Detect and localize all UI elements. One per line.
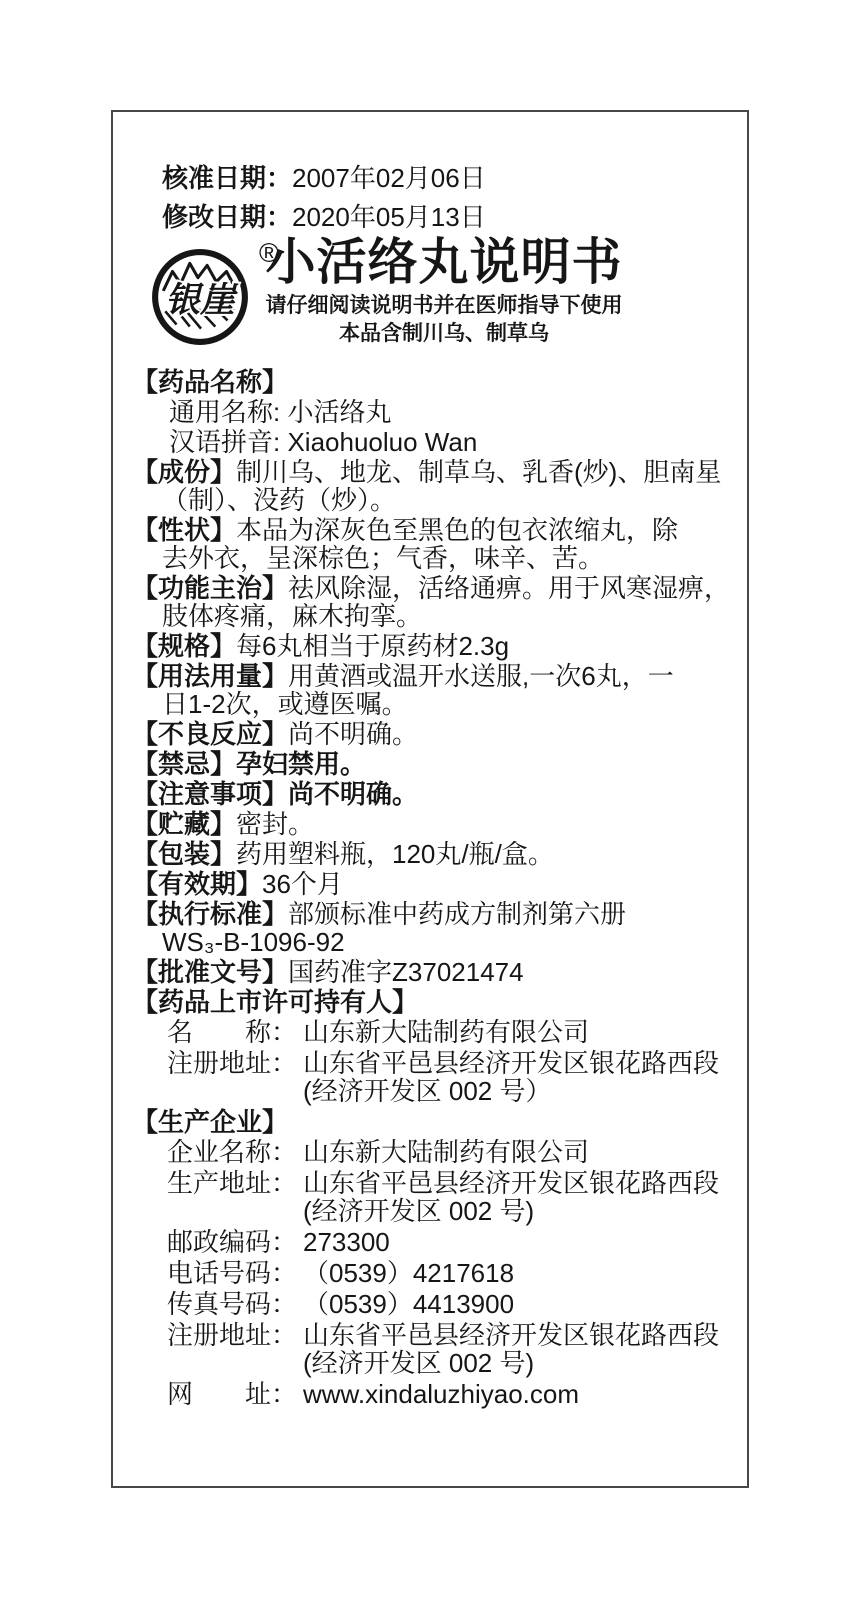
- kv-value-line: 山东省平邑县经济开发区银花路西段: [303, 1049, 733, 1077]
- kv-value-line: （0539）4217618: [303, 1259, 733, 1287]
- kv-value-line: (经济开发区 002 号）: [303, 1077, 733, 1105]
- kv-colon: ：: [271, 1138, 297, 1166]
- kv-value-line: （0539）4413900: [303, 1290, 733, 1318]
- kv-value: 山东省平邑县经济开发区银花路西段(经济开发区 002 号): [297, 1169, 733, 1225]
- kv-row-23: 电话号码：（0539）4217618: [129, 1259, 733, 1287]
- section-label: 【药品上市许可持有人】: [132, 987, 418, 1017]
- kv-label: 企业名称: [167, 1138, 271, 1166]
- section-content-line: 肢体疼痛，麻木拘挛。: [162, 602, 733, 630]
- section-entry-7: 【用法用量】用黄酒或温开水送服,一次6丸，一日1-2次，或遵医嘱。: [129, 662, 733, 718]
- kv-value-line: 山东新大陆制药有限公司: [303, 1018, 733, 1046]
- section-content-line: 尚不明确。: [288, 779, 418, 809]
- section-content-line: 去外衣，呈深棕色；气香，味辛、苦。: [162, 544, 733, 572]
- section-label: 【执行标准】: [132, 899, 288, 929]
- kv-colon: ：: [271, 1290, 297, 1318]
- section-content-line: WS₃-B-1096-92: [162, 928, 733, 956]
- section-label: 【包装】: [132, 839, 236, 869]
- section-label: 【功能主治】: [132, 573, 288, 603]
- section-content-line: 国药准字Z37021474: [288, 957, 524, 987]
- kv-value-line: 山东省平邑县经济开发区银花路西段: [303, 1169, 733, 1197]
- kv-value-line: www.xindaluzhiyao.com: [303, 1380, 733, 1408]
- section-entry-9: 【禁忌】孕妇禁用。: [129, 750, 733, 778]
- header: 银崖 ® 小活络丸说明书 请仔细阅读说明书并在医师指导下使用 本品含制川乌、制草…: [129, 240, 733, 358]
- drug-insert-sheet: 核准日期：2007年02月06日 修改日期：2020年05月13日 银崖 ® 小…: [111, 110, 749, 1488]
- section-content-line: 祛风除湿，活络通痹。用于风寒湿痹，: [288, 573, 730, 603]
- kv-label: 名称: [167, 1018, 271, 1046]
- section-label: 【规格】: [132, 631, 236, 661]
- approval-date-value: 2007年02月06日: [292, 163, 486, 193]
- section-label: 【贮藏】: [132, 809, 236, 839]
- kv-value: www.xindaluzhiyao.com: [297, 1380, 733, 1408]
- section-label: 【注意事项】: [132, 779, 288, 809]
- section-label: 【性状】: [132, 515, 236, 545]
- section-content-line: 36个月: [262, 869, 343, 899]
- section-entry-12: 【包装】药用塑料瓶，120丸/瓶/盒。: [129, 840, 733, 868]
- section-entry-6: 【规格】每6丸相当于原药材2.3g: [129, 632, 733, 660]
- kv-label: 电话号码: [167, 1259, 271, 1287]
- kv-value-line: 273300: [303, 1228, 733, 1256]
- section-label: 【禁忌】: [132, 749, 236, 779]
- drug-title: 小活络丸说明书: [142, 234, 746, 291]
- revision-date-line: 修改日期：2020年05月13日: [162, 201, 733, 233]
- section-label: 【不良反应】: [132, 719, 288, 749]
- kv-label: 网址: [167, 1380, 271, 1408]
- kv-row-22: 邮政编码：273300: [129, 1228, 733, 1256]
- section-content-line: 密封。: [236, 809, 314, 839]
- kv-value: 273300: [297, 1228, 733, 1256]
- section-content-line: 每6丸相当于原药材2.3g: [236, 631, 509, 661]
- approval-date-label: 核准日期：: [162, 163, 292, 193]
- section-entry-11: 【贮藏】密封。: [129, 810, 733, 838]
- section-entry-10: 【注意事项】尚不明确。: [129, 780, 733, 808]
- kv-row-20: 企业名称：山东新大陆制药有限公司: [129, 1138, 733, 1166]
- revision-date-label: 修改日期：: [162, 202, 292, 232]
- kv-row-18: 注册地址：山东省平邑县经济开发区银花路西段(经济开发区 002 号）: [129, 1049, 733, 1105]
- plain-line-1: 通用名称: 小活络丸: [129, 398, 733, 426]
- section-content-line: 部颁标准中药成方制剂第六册: [288, 899, 626, 929]
- kv-value: 山东新大陆制药有限公司: [297, 1138, 733, 1166]
- section-label: 【用法用量】: [132, 661, 288, 691]
- section-content-line: 本品为深灰色至黑色的包衣浓缩丸，除: [236, 515, 678, 545]
- kv-label: 邮政编码: [167, 1228, 271, 1256]
- section-heading-19: 【生产企业】: [129, 1108, 733, 1136]
- kv-colon: ：: [271, 1259, 297, 1287]
- kv-row-21: 生产地址：山东省平邑县经济开发区银花路西段(经济开发区 002 号): [129, 1169, 733, 1225]
- kv-value-line: (经济开发区 002 号): [303, 1197, 733, 1225]
- section-content-line: （制）、没药（炒）。: [162, 486, 733, 514]
- section-entry-14: 【执行标准】部颁标准中药成方制剂第六册WS₃-B-1096-92: [129, 900, 733, 956]
- kv-row-24: 传真号码：（0539）4413900: [129, 1290, 733, 1318]
- kv-colon: ：: [271, 1321, 297, 1349]
- section-entry-13: 【有效期】36个月: [129, 870, 733, 898]
- approval-date-line: 核准日期：2007年02月06日: [162, 162, 733, 194]
- section-heading-16: 【药品上市许可持有人】: [129, 988, 733, 1016]
- section-entry-4: 【性状】本品为深灰色至黑色的包衣浓缩丸，除去外衣，呈深棕色；气香，味辛、苦。: [129, 516, 733, 572]
- kv-colon: ：: [271, 1169, 297, 1197]
- kv-colon: ：: [271, 1049, 297, 1077]
- plain-line-2: 汉语拼音: Xiaohuoluo Wan: [129, 428, 733, 456]
- kv-value-line: 山东新大陆制药有限公司: [303, 1138, 733, 1166]
- kv-row-26: 网址：www.xindaluzhiyao.com: [129, 1380, 733, 1408]
- section-content-line: 用黄酒或温开水送服,一次6丸，一: [288, 661, 674, 691]
- section-label: 【成份】: [132, 457, 236, 487]
- section-entry-15: 【批准文号】国药准字Z37021474: [129, 958, 733, 986]
- revision-date-value: 2020年05月13日: [292, 202, 486, 232]
- section-heading-0: 【药品名称】: [129, 368, 733, 396]
- page: { "meta": { "approved_label": "核准日期：", "…: [0, 0, 860, 1600]
- section-label: 【有效期】: [132, 869, 262, 899]
- kv-value: （0539）4217618: [297, 1259, 733, 1287]
- section-label: 【批准文号】: [132, 957, 288, 987]
- composition-warning-line: 本品含制川乌、制草乌: [142, 321, 746, 347]
- sections: 【药品名称】通用名称: 小活络丸汉语拼音: Xiaohuoluo Wan【成份】…: [129, 368, 733, 1408]
- section-entry-5: 【功能主治】祛风除湿，活络通痹。用于风寒湿痹，肢体疼痛，麻木拘挛。: [129, 574, 733, 630]
- kv-row-25: 注册地址：山东省平邑县经济开发区银花路西段(经济开发区 002 号): [129, 1321, 733, 1377]
- kv-value-line: (经济开发区 002 号): [303, 1349, 733, 1377]
- section-entry-3: 【成份】制川乌、地龙、制草乌、乳香(炒)、胆南星（制）、没药（炒）。: [129, 458, 733, 514]
- kv-label: 注册地址: [167, 1321, 271, 1349]
- kv-colon: ：: [271, 1380, 297, 1408]
- plain-text: 通用名称: 小活络丸: [169, 397, 391, 427]
- kv-value-line: 山东省平邑县经济开发区银花路西段: [303, 1321, 733, 1349]
- kv-label: 生产地址: [167, 1169, 271, 1197]
- plain-text: 汉语拼音: Xiaohuoluo Wan: [169, 427, 477, 457]
- section-content-line: 孕妇禁用。: [236, 749, 366, 779]
- usage-warning-line: 请仔细阅读说明书并在医师指导下使用: [142, 293, 746, 319]
- section-label: 【生产企业】: [132, 1107, 288, 1137]
- dates-block: 核准日期：2007年02月06日 修改日期：2020年05月13日: [162, 162, 733, 233]
- kv-colon: ：: [271, 1018, 297, 1046]
- kv-label: 传真号码: [167, 1290, 271, 1318]
- section-content-line: 日1-2次，或遵医嘱。: [162, 690, 733, 718]
- section-content-line: 尚不明确。: [288, 719, 418, 749]
- section-label: 【药品名称】: [132, 367, 288, 397]
- header-text: 小活络丸说明书 请仔细阅读说明书并在医师指导下使用 本品含制川乌、制草乌: [142, 234, 746, 347]
- section-entry-8: 【不良反应】尚不明确。: [129, 720, 733, 748]
- kv-value: 山东省平邑县经济开发区银花路西段(经济开发区 002 号）: [297, 1049, 733, 1105]
- section-content-line: 制川乌、地龙、制草乌、乳香(炒)、胆南星: [236, 457, 721, 487]
- kv-value: （0539）4413900: [297, 1290, 733, 1318]
- kv-value: 山东省平邑县经济开发区银花路西段(经济开发区 002 号): [297, 1321, 733, 1377]
- kv-colon: ：: [271, 1228, 297, 1256]
- kv-label: 注册地址: [167, 1049, 271, 1077]
- kv-value: 山东新大陆制药有限公司: [297, 1018, 733, 1046]
- section-content-line: 药用塑料瓶，120丸/瓶/盒。: [236, 839, 554, 869]
- kv-row-17: 名称：山东新大陆制药有限公司: [129, 1018, 733, 1046]
